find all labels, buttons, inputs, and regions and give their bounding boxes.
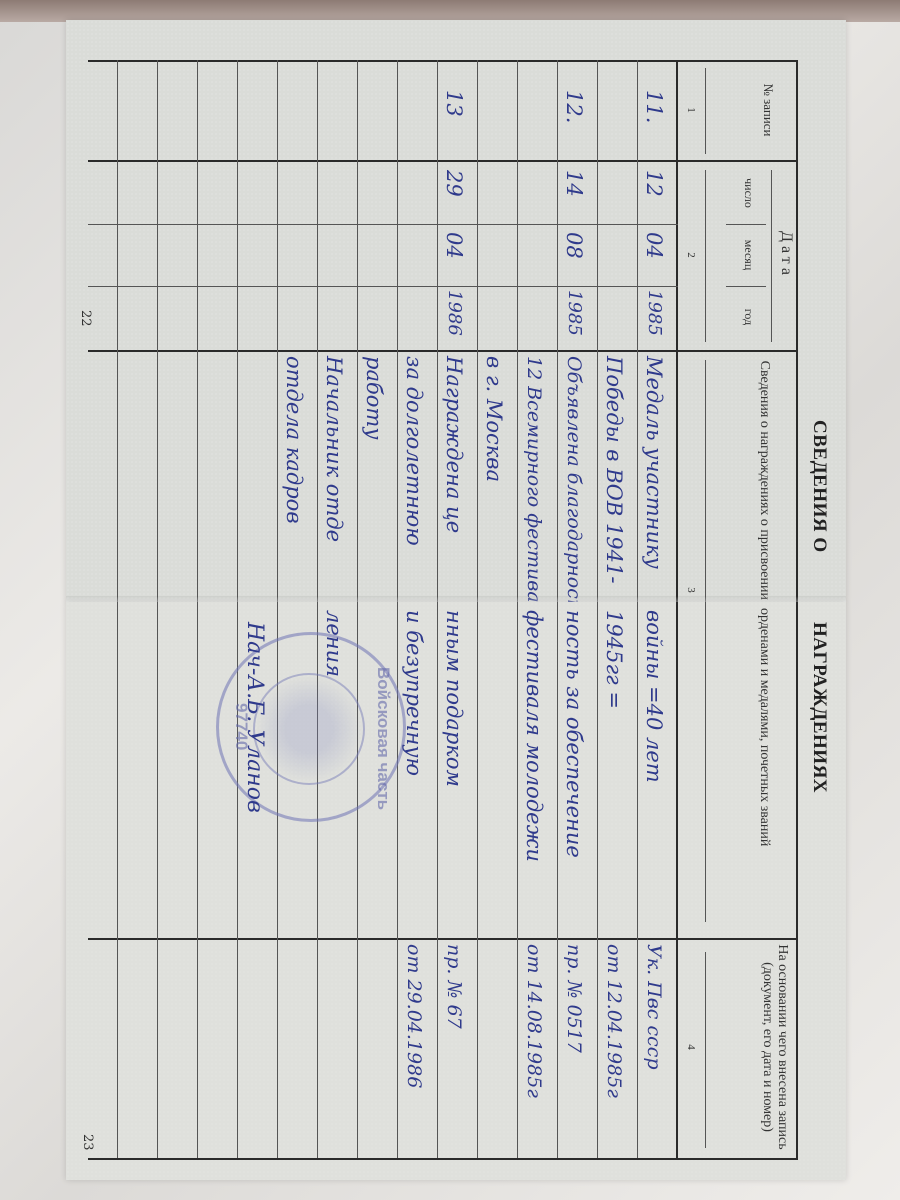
entry-12-month: 08 — [560, 232, 588, 259]
booklet-spread: 22 СВЕДЕНИЯ О № записи 1 Дата число меся… — [66, 20, 846, 1180]
entry-12-text-line2: 12 Всемирного фестиваля — [520, 356, 548, 627]
col-date-label: Дата — [779, 162, 794, 348]
entry-13-month: 04 — [440, 232, 468, 259]
entry-13-text-line1: Награждена це — [440, 356, 468, 533]
col-awards-label-left: Сведения о награждениях о присвоении — [757, 360, 772, 600]
entry-11-text-line1: Медаль участнику — [640, 356, 668, 569]
stamp-emblem — [253, 673, 365, 785]
entry-12-text-cont1: ность за обеспечение — [560, 610, 588, 858]
page-number-right: 23 — [80, 1134, 95, 1151]
section-title-right: НАГРАЖДЕНИЯХ — [808, 622, 830, 793]
entry-12-text-line1: Объявлена благодарность — [560, 356, 588, 627]
entry-13-basis-line1: пр. № 67 — [440, 944, 468, 1029]
entry-13-text-cont1: нным подарком — [440, 610, 468, 787]
col-month-label: месяц — [741, 224, 756, 286]
col-awards-label-right: орденами и медалями, почетных званий — [757, 608, 772, 928]
col-day-label: число — [741, 162, 756, 224]
entry-11-basis-line1: Ук. Пвс ссср — [640, 944, 668, 1070]
section-title-left: СВЕДЕНИЯ О — [808, 420, 830, 553]
entry-12-year: 1985 — [560, 290, 588, 336]
entry-12-day: 14 — [560, 170, 588, 197]
entry-13-year: 1986 — [440, 290, 468, 336]
entry-11-day: 12 — [640, 170, 668, 197]
background-fabric — [0, 0, 900, 22]
entry-12-num: 12. — [560, 90, 588, 123]
entry-13-basis-line2: от 29.04.1986 — [400, 944, 428, 1088]
col-date-index: 2 — [683, 162, 698, 348]
entry-11-year: 1985 — [640, 290, 668, 336]
entry-13-num: 13 — [440, 90, 468, 117]
entry-13-text-line3: работу — [360, 356, 388, 440]
entry-11-basis-line2: от 12.04.1985г — [600, 944, 628, 1098]
col-year-label: год — [741, 286, 756, 348]
entry-13-text-cont2: и безупречную — [400, 610, 428, 776]
entry-13-text-cont3: ления — [320, 610, 348, 677]
entry-12-text-cont2: фестиваля молодежи — [520, 610, 548, 862]
col-num-label: № записи — [761, 62, 776, 158]
signature: Нач-А.Б. Уланов — [240, 622, 268, 813]
page-23: 23 НАГРАЖДЕНИЯХ орденами и медалями, поч… — [66, 602, 846, 1180]
entry-12-basis-line1: пр. № 0517 — [560, 944, 588, 1053]
entry-13-text-line4: Начальник отде — [320, 356, 348, 542]
entry-13-text-line2: за долголетнюю — [400, 356, 428, 546]
col-basis-label: На основании чего внесена запись (докуме… — [760, 944, 790, 1150]
entry-13-text-line5: отдела кадров — [280, 356, 308, 524]
page-22: 22 СВЕДЕНИЯ О № записи 1 Дата число меся… — [66, 20, 846, 602]
entry-12-basis-line2: от 14.08.1985г — [520, 944, 548, 1098]
entry-12-text-line3: в г. Москва — [480, 356, 508, 482]
entry-11-text-cont2: 1945гг = — [600, 610, 628, 709]
col-num-index: 1 — [683, 62, 698, 158]
entry-11-text-cont1: войны =40 лет — [640, 610, 668, 783]
entry-11-num: 11. — [640, 90, 668, 123]
stamp-text: Войсковая часть — [373, 667, 393, 810]
page-number-left: 22 — [78, 310, 93, 327]
entry-13-day: 29 — [440, 170, 468, 197]
entry-11-text-line2: Победы в ВОВ 1941- — [600, 356, 628, 583]
entry-11-month: 04 — [640, 232, 668, 259]
col-basis-index: 4 — [683, 944, 698, 1150]
